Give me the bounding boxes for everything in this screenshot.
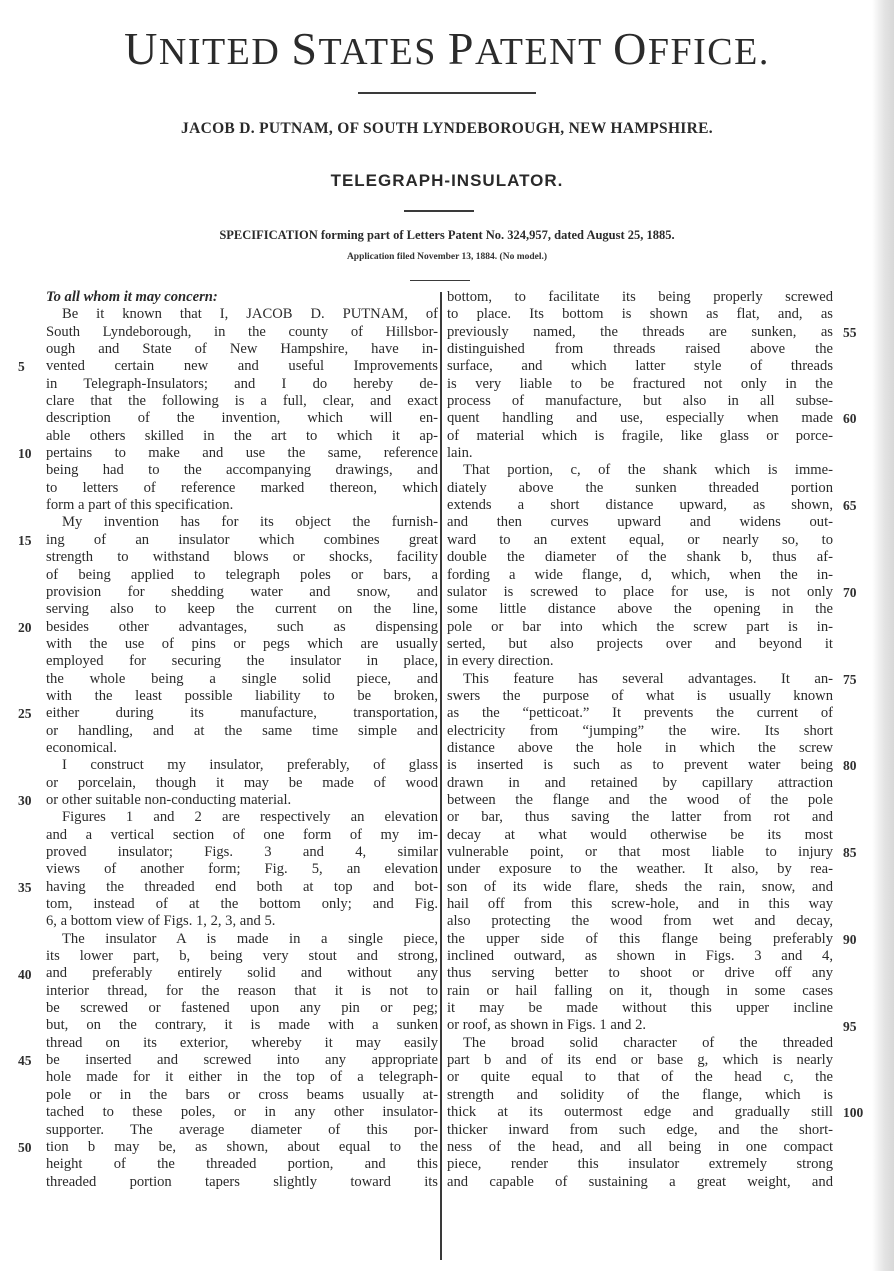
text-line: besides other advantages, such as dispen… (46, 619, 438, 636)
text-line: or porcelain, though it may be made of w… (46, 775, 438, 792)
left-column: To all whom it may concern:Be it known t… (46, 289, 438, 1191)
text-line: and capable of sustaining a great weight… (447, 1174, 833, 1191)
text-line: and preferably entirely solid and withou… (46, 965, 438, 982)
text-line: This feature has several advantages. It … (447, 671, 833, 688)
line-number: 15 (18, 533, 32, 549)
text-line: surface, and which latter style of threa… (447, 358, 833, 375)
column-divider (440, 292, 442, 1260)
text-line: proved insulator; Figs. 3 and 4, similar (46, 844, 438, 861)
text-line: interior thread, for the reason that it … (46, 983, 438, 1000)
specification-line: SPECIFICATION forming part of Letters Pa… (0, 228, 894, 243)
text-line: economical. (46, 740, 438, 757)
text-line: process of manufacture, but also in all … (447, 393, 833, 410)
text-line: previously named, the threads are sunken… (447, 324, 833, 341)
line-number: 35 (18, 880, 32, 896)
line-number: 30 (18, 793, 32, 809)
title-rule (358, 92, 536, 94)
text-line: be inserted and screwed into any appropr… (46, 1052, 438, 1069)
text-line: of material which is fragile, like glass… (447, 428, 833, 445)
text-line: piece, render this insulator extremely s… (447, 1156, 833, 1173)
text-line: thicker inward from such edge, and the s… (447, 1122, 833, 1139)
text-line: Be it known that I, JACOB D. PUTNAM, of (46, 306, 438, 323)
text-line: part b and of its end or base g, which i… (447, 1052, 833, 1069)
text-line: The broad solid character of the threade… (447, 1035, 833, 1052)
text-line: having the threaded end both at top and … (46, 879, 438, 896)
text-line: The insulator A is made in a single piec… (46, 931, 438, 948)
line-number: 80 (843, 758, 857, 774)
text-line: inclined outward, as shown in Figs. 3 an… (447, 948, 833, 965)
text-line: serted, but also projects over and beyon… (447, 636, 833, 653)
text-line: either during its manufacture, transport… (46, 705, 438, 722)
line-number: 65 (843, 498, 857, 514)
line-number: 75 (843, 672, 857, 688)
text-line: drawn in and retained by capillary attra… (447, 775, 833, 792)
text-line: That portion, c, of the shank which is i… (447, 462, 833, 479)
text-line: pole or in the bars or cross beams usual… (46, 1087, 438, 1104)
text-line: vented certain new and useful Improvemen… (46, 358, 438, 375)
text-line: but, on the contrary, it is made with a … (46, 1017, 438, 1034)
text-line: it may be made without this upper inclin… (447, 1000, 833, 1017)
line-number: 85 (843, 845, 857, 861)
text-line: able others skilled in the art to which … (46, 428, 438, 445)
text-line: threaded portion tapers slightly toward … (46, 1174, 438, 1191)
text-line: diately above the sunken threaded portio… (447, 480, 833, 497)
text-line: 6, a bottom view of Figs. 1, 2, 3, and 5… (46, 913, 438, 930)
text-line: thus serving better to shoot or drive of… (447, 965, 833, 982)
office-title: UNITED STATES PATENT OFFICE. (0, 22, 894, 75)
text-line: of being applied to telegraph poles or b… (46, 567, 438, 584)
line-number: 40 (18, 967, 32, 983)
text-line: form a part of this specification. (46, 497, 438, 514)
text-line: employed for securing the insulator in p… (46, 653, 438, 670)
text-line: serving also to keep the current on the … (46, 601, 438, 618)
line-number: 100 (843, 1105, 863, 1121)
text-line: in every direction. (447, 653, 833, 670)
application-line: Application filed November 13, 1884. (No… (0, 252, 894, 262)
line-number: 50 (18, 1140, 32, 1156)
text-line: be screwed or fastened upon any pin or p… (46, 1000, 438, 1017)
line-number: 70 (843, 585, 857, 601)
text-line: ing of an insulator which combines great (46, 532, 438, 549)
text-line: ness of the head, and all being in one c… (447, 1139, 833, 1156)
text-line: its lower part, b, being very stout and … (46, 948, 438, 965)
text-line: tached to these poles, or in any other i… (46, 1104, 438, 1121)
text-line: also protecting the wood from wet and de… (447, 913, 833, 930)
text-line: clare that the following is a full, clea… (46, 393, 438, 410)
text-line: South Lyndeborough, in the county of Hil… (46, 324, 438, 341)
salutation: To all whom it may concern: (46, 289, 438, 306)
text-line: hole made for it either in the top of a … (46, 1069, 438, 1086)
text-line: as the “petticoat.” It prevents the curr… (447, 705, 833, 722)
text-line: to place. Its bottom is shown as flat, a… (447, 306, 833, 323)
text-line: some little distance above the opening i… (447, 601, 833, 618)
office-title-text: UNITED STATES PATENT OFFICE. (124, 31, 770, 73)
line-number: 20 (18, 620, 32, 636)
line-number: 55 (843, 325, 857, 341)
text-line: between the flange and the wood of the p… (447, 792, 833, 809)
text-line: decay at what would otherwise be its mos… (447, 827, 833, 844)
text-line: vulnerable point, or that most liable to… (447, 844, 833, 861)
text-line: double the diameter of the shank b, thus… (447, 549, 833, 566)
text-line: hail off from this screw-hole, and in th… (447, 896, 833, 913)
application-rule (410, 280, 470, 281)
text-line: or handling, and at the same time simple… (46, 723, 438, 740)
text-line: is inserted is such as to prevent water … (447, 757, 833, 774)
inventor-line: JACOB D. PUTNAM, OF SOUTH LYNDEBOROUGH, … (0, 120, 894, 138)
text-line: lain. (447, 445, 833, 462)
text-line: to letters of reference marked thereon, … (46, 480, 438, 497)
text-line: strength to withstand blows or shocks, f… (46, 549, 438, 566)
text-line: strength and solidity of the flange, whi… (447, 1087, 833, 1104)
text-line: supporter. The average diameter of this … (46, 1122, 438, 1139)
text-line: quent handling and use, especially when … (447, 410, 833, 427)
text-line: with the least possible liability to be … (46, 688, 438, 705)
line-number: 5 (18, 359, 25, 375)
text-line: electricity from “jumping” the wire. Its… (447, 723, 833, 740)
text-line: and a vertical section of one form of my… (46, 827, 438, 844)
text-line: is very liable to be fractured not only … (447, 376, 833, 393)
text-line: height of the threaded portion, and this (46, 1156, 438, 1173)
text-line: the whole being a single solid piece, an… (46, 671, 438, 688)
right-column: bottom, to facilitate its being properly… (447, 289, 833, 1191)
invention-title: TELEGRAPH-INSULATOR. (0, 171, 894, 191)
text-line: sulator is screwed to place for use, is … (447, 584, 833, 601)
text-line: extends a short distance upward, as show… (447, 497, 833, 514)
text-line: thread on its exterior, whereby it may e… (46, 1035, 438, 1052)
text-line: and then curves upward and widens out- (447, 514, 833, 531)
text-line: the upper side of this flange being pref… (447, 931, 833, 948)
text-line: pole or bar into which the screw part is… (447, 619, 833, 636)
line-number: 90 (843, 932, 857, 948)
line-number: 60 (843, 411, 857, 427)
text-line: thick at its outermost edge and graduall… (447, 1104, 833, 1121)
text-line: tion b may be, as shown, about equal to … (46, 1139, 438, 1156)
text-line: ward to an extent equal, or nearly so, t… (447, 532, 833, 549)
text-line: My invention has for its object the furn… (46, 514, 438, 531)
text-line: Figures 1 and 2 are respectively an elev… (46, 809, 438, 826)
text-line: rain or hail falling on it, though in so… (447, 983, 833, 1000)
text-line: tom, instead of at the bottom only; and … (46, 896, 438, 913)
text-line: pertains to make and use the same, refer… (46, 445, 438, 462)
text-line: or quite equal to that of the head c, th… (447, 1069, 833, 1086)
text-line: in Telegraph-Insulators; and I do hereby… (46, 376, 438, 393)
text-line: with the use of pins or pegs which are u… (46, 636, 438, 653)
line-number: 10 (18, 446, 32, 462)
text-line: distance above the hole in which the scr… (447, 740, 833, 757)
text-line: being had to the accompanying drawings, … (46, 462, 438, 479)
line-number: 95 (843, 1019, 857, 1035)
text-line: I construct my insulator, preferably, of… (46, 757, 438, 774)
text-line: or bar, thus saving the latter from rot … (447, 809, 833, 826)
text-line: distinguished from threads raised above … (447, 341, 833, 358)
text-line: provision for shedding water and snow, a… (46, 584, 438, 601)
text-line: description of the invention, which will… (46, 410, 438, 427)
line-number: 25 (18, 706, 32, 722)
text-line: swers the purpose of what is usually kno… (447, 688, 833, 705)
invention-rule (404, 210, 474, 212)
line-number: 45 (18, 1053, 32, 1069)
text-line: bottom, to facilitate its being properly… (447, 289, 833, 306)
text-line: son of its wide flare, sheds the rain, s… (447, 879, 833, 896)
text-line: ough and State of New Hampshire, have in… (46, 341, 438, 358)
text-line: or other suitable non-conducting materia… (46, 792, 438, 809)
text-line: views of another form; Fig. 5, an elevat… (46, 861, 438, 878)
text-line: under exposure to the weather. It also, … (447, 861, 833, 878)
text-line: fording a wide flange, d, which, when th… (447, 567, 833, 584)
text-line: or roof, as shown in Figs. 1 and 2. (447, 1017, 833, 1034)
